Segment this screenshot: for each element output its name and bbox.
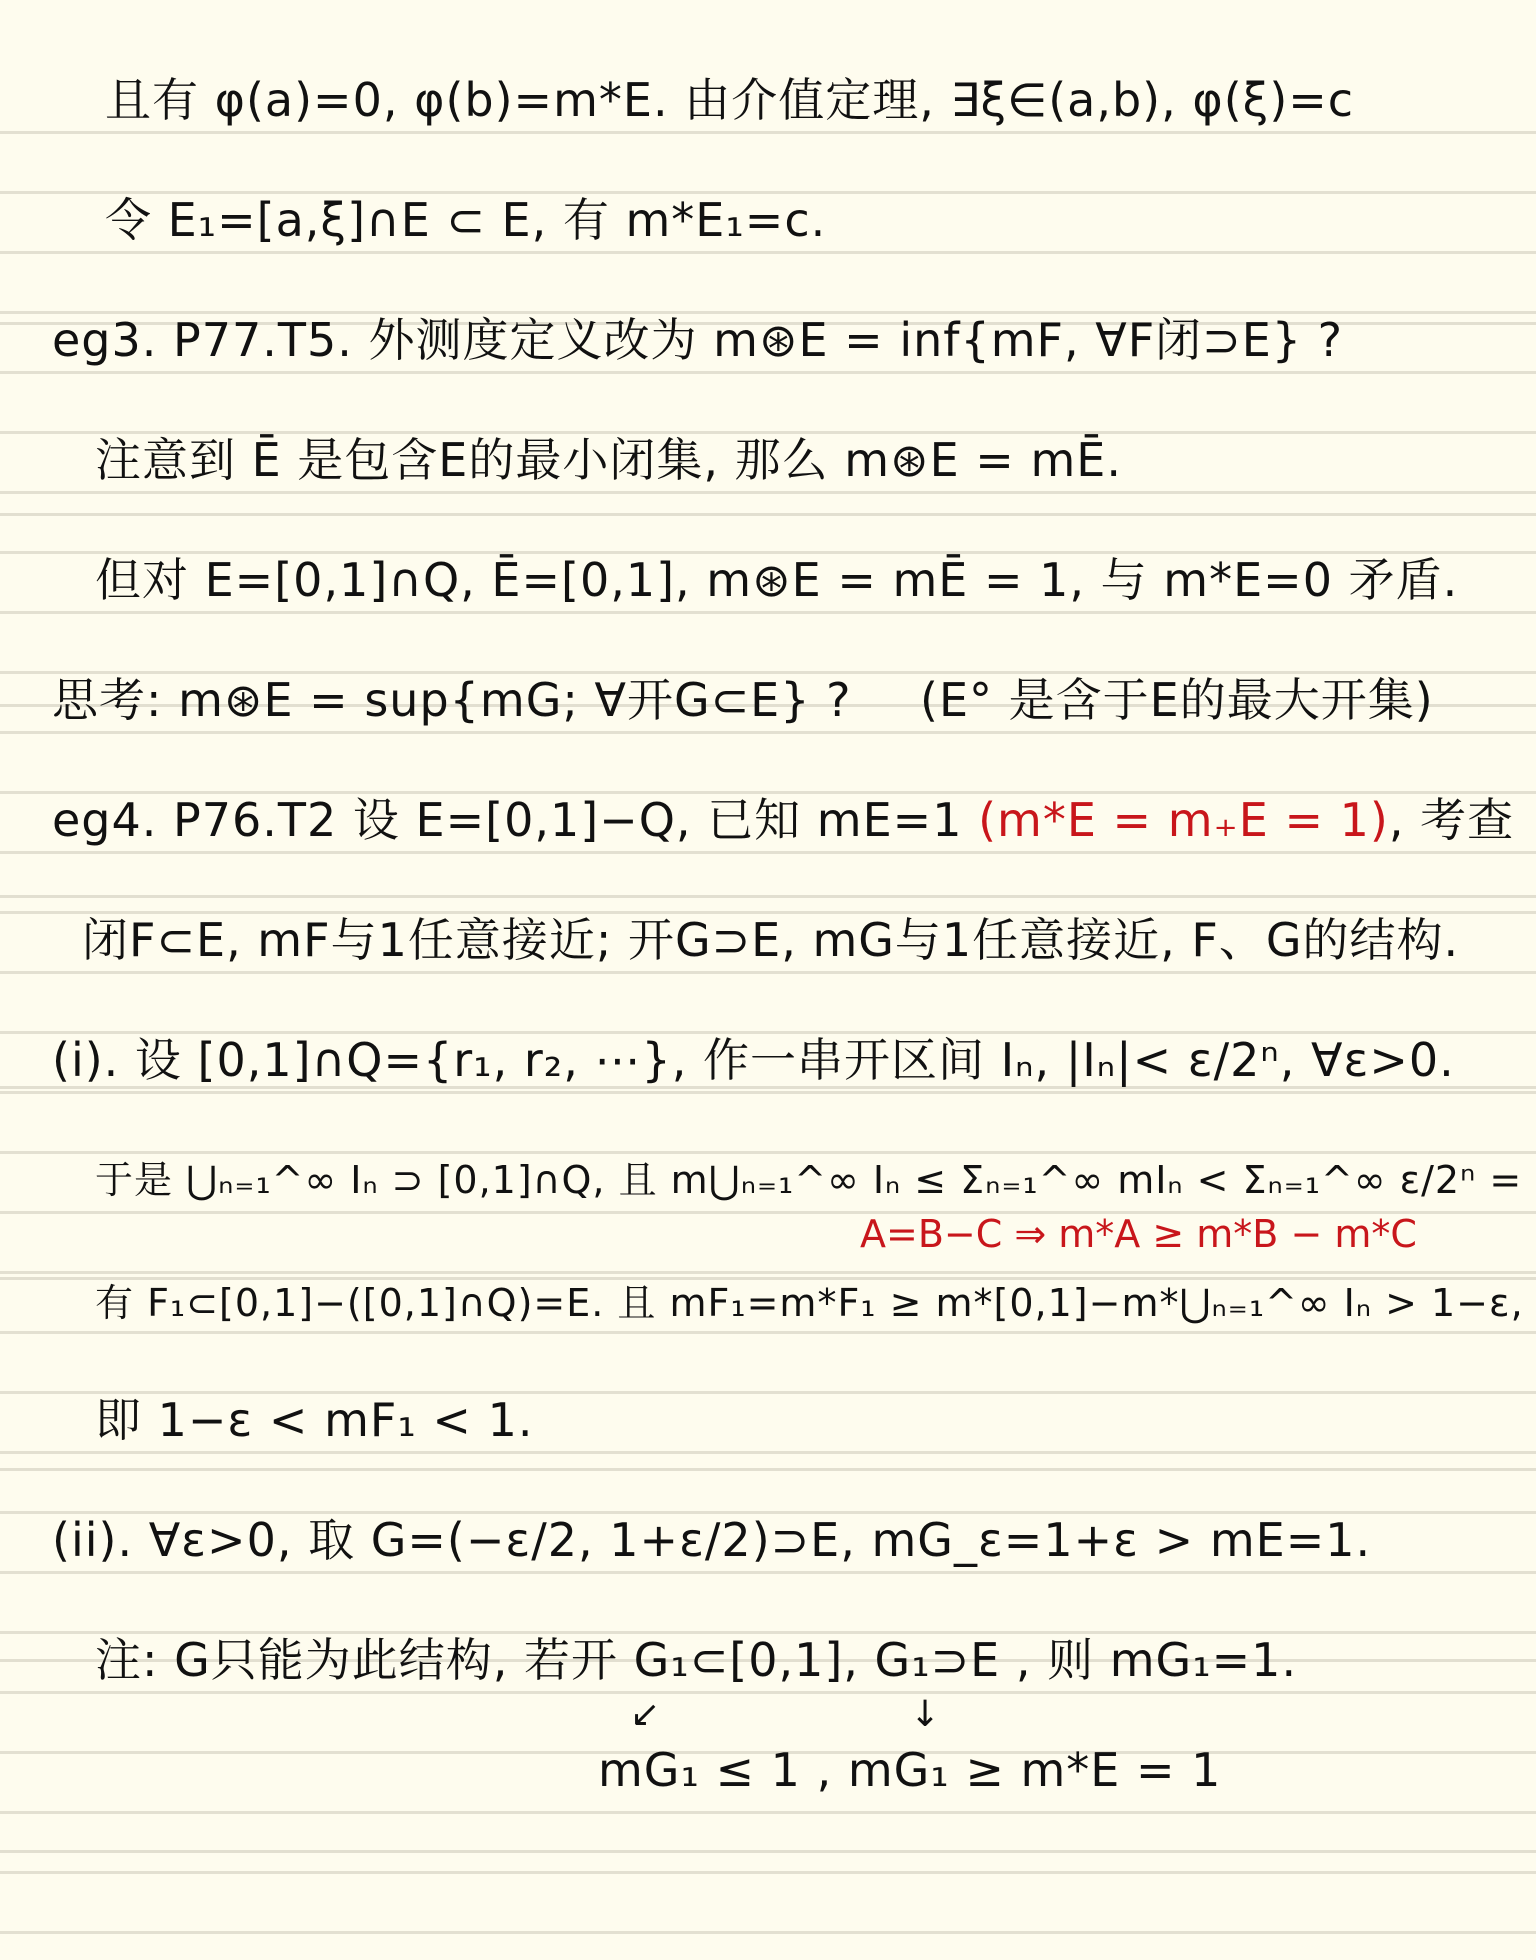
part-i-conclusion: 即 1−ε < mF₁ < 1. [95, 1392, 533, 1448]
rule-line [0, 611, 1536, 614]
note-line-5: 但对 E=[0,1]∩Q, Ē=[0,1], m⊛E = mĒ = 1, 与 m… [95, 552, 1458, 608]
example-4-heading: eg4. P76.T2 设 E=[0,1]−Q, 已知 mE=1 (m*E = … [52, 792, 1514, 848]
note-line-2: 令 E₁=[a,ξ]∩E ⊂ E, 有 m*E₁=c. [105, 192, 826, 248]
think-remark: (E° 是含于E的最大开集) [920, 672, 1434, 728]
rule-line [0, 491, 1536, 494]
rule-line [0, 371, 1536, 374]
rule-line [0, 251, 1536, 254]
note-line-8: 闭F⊂E, mF与1任意接近; 开G⊃E, mG与1任意接近, F、G的结构. [82, 912, 1459, 968]
remark-justification: mG₁ ≤ 1 , mG₁ ≥ m*E = 1 [598, 1742, 1221, 1798]
rule-line [0, 851, 1536, 854]
example-4-suffix: , 考查 [1389, 793, 1514, 847]
arrow-down-icon: ↓ [910, 1695, 940, 1735]
part-i-line: (i). 设 [0,1]∩Q={r₁, r₂, ⋯}, 作一串开区间 Iₙ, |… [52, 1032, 1455, 1088]
rule-line [0, 1871, 1536, 1874]
rule-line [0, 731, 1536, 734]
rule-line [0, 131, 1536, 134]
rule-line [0, 1271, 1536, 1274]
red-annotation-outer-inner-measure: (m*E = m₊E = 1) [978, 793, 1389, 847]
red-annotation-measure-inequality: A=B−C ⇒ m*A ≥ m*B − m*C [860, 1212, 1417, 1256]
example-3-heading: eg3. P77.T5. 外测度定义改为 m⊛E = inf{mF, ∀F闭⊃E… [52, 312, 1343, 368]
notebook-page: 且有 φ(a)=0, φ(b)=m*E. 由介值定理, ∃ξ∈(a,b), φ(… [0, 0, 1536, 1960]
part-i-f1-line: 有 F₁⊂[0,1]−([0,1]∩Q)=E. 且 mF₁=m*F₁ ≥ m*[… [95, 1275, 1524, 1331]
rule-line [0, 1091, 1536, 1094]
part-ii-line: (ii). ∀ε>0, 取 G=(−ε/2, 1+ε/2)⊃E, mG_ε=1+… [52, 1512, 1371, 1568]
rule-line [0, 971, 1536, 974]
arrow-down-left-icon: ↙ [630, 1695, 660, 1735]
rule-line [0, 1571, 1536, 1574]
rule-line [0, 1811, 1536, 1814]
think-question: 思考: m⊛E = sup{mG; ∀开G⊂E} ? [52, 672, 852, 728]
part-i-union-line: 于是 ⋃ₙ₌₁^∞ Iₙ ⊃ [0,1]∩Q, 且 m⋃ₙ₌₁^∞ Iₙ ≤ Σ… [95, 1152, 1536, 1208]
rule-line [0, 1691, 1536, 1694]
note-line-1: 且有 φ(a)=0, φ(b)=m*E. 由介值定理, ∃ξ∈(a,b), φ(… [105, 72, 1354, 128]
remark-line: 注: G只能为此结构, 若开 G₁⊂[0,1], G₁⊃E , 则 mG₁=1. [95, 1632, 1297, 1688]
rule-line [0, 1931, 1536, 1934]
rule-line [0, 1331, 1536, 1334]
example-4-statement: eg4. P76.T2 设 E=[0,1]−Q, 已知 mE=1 [52, 793, 962, 847]
note-line-4: 注意到 Ē 是包含E的最小闭集, 那么 m⊛E = mĒ. [95, 432, 1122, 488]
rule-line [0, 1451, 1536, 1454]
